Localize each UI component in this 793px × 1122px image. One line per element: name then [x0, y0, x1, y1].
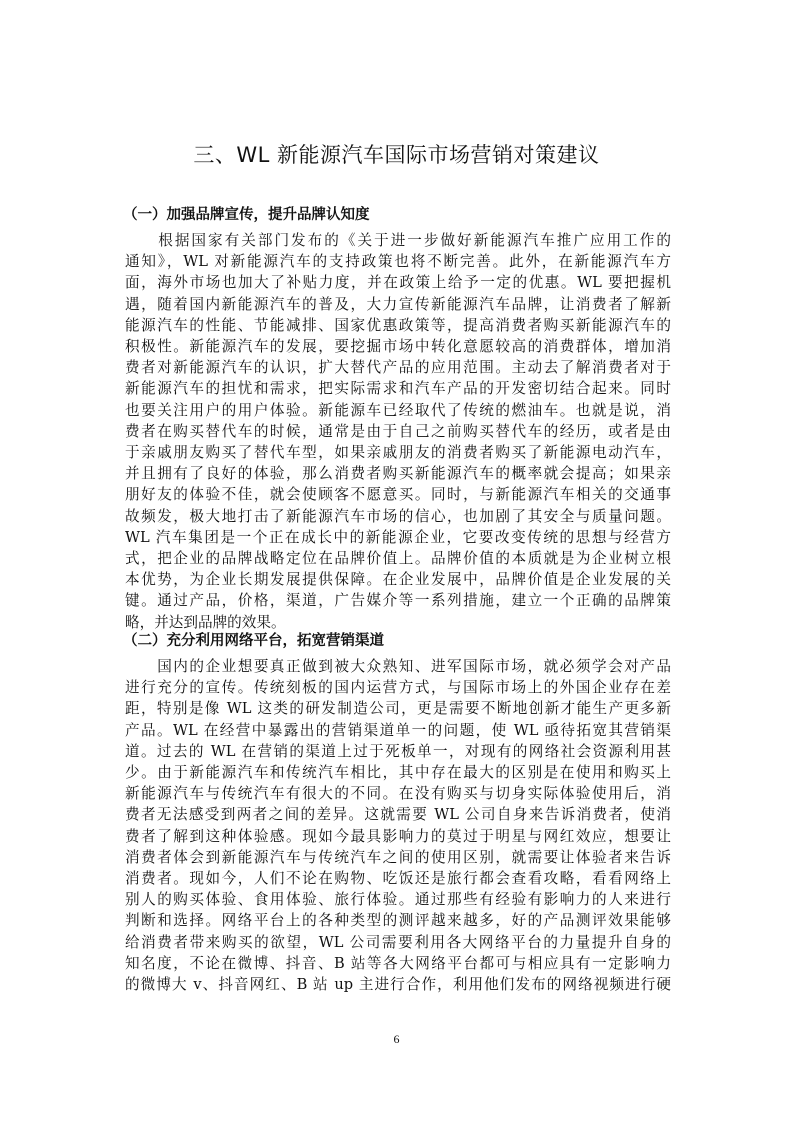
- text-line: 消费者体会到新能源汽车与传统汽车之间的使用区别，就需要让体验者来告诉: [125, 847, 671, 868]
- text-line: 产品。WL 在经营中暴露出的营销渠道单一的问题，使 WL 亟待拓宽其营销渠: [125, 720, 671, 741]
- text-line: 朋好友的体验不佳，就会使顾客不愿意买。同时，与新能源汽车相关的交通事: [125, 484, 671, 505]
- text-line: 通知》，WL 对新能源汽车的支持政策也将不断完善。此外，在新能源汽车方: [125, 251, 671, 272]
- text-line: 道。过去的 WL 在营销的渠道上过于死板单一，对现有的网络社会资源利用甚: [125, 741, 671, 762]
- text-line: 费者在购买替代车的时候，通常是由于自己之前购买替代车的经历，或者是由: [125, 421, 671, 442]
- text-line: 于亲戚朋友购买了替代车型，如果亲戚朋友的消费者购买了新能源电动汽车，: [125, 442, 671, 463]
- text-line: WL 汽车集团是一个正在成长中的新能源企业，它要改变传统的思想与经营方: [125, 527, 671, 548]
- text-line: 键。通过产品，价格，渠道，广告媒介等一系列措施，建立一个正确的品牌策: [125, 590, 671, 611]
- text-line: 新能源汽车与传统汽车有很大的不同。在没有购买与切身实际体验使用后，消: [125, 783, 671, 804]
- text-line: 积极性。新能源汽车的发展，要挖掘市场中转化意愿较高的消费群体，增加消: [125, 336, 671, 357]
- document-page: 三、WL 新能源汽车国际市场营销对策建议 （一）加强品牌宣传，提升品牌认知度 根…: [0, 0, 793, 1122]
- text-line: 的微博大 v、抖音网红、B 站 up 主进行合作，利用他们发布的网络视频进行硬: [125, 974, 671, 995]
- text-line: 少。由于新能源汽车和传统汽车相比，其中存在最大的区别是在使用和购买上: [125, 762, 671, 783]
- text-line: 判断和选择。网络平台上的各种类型的测评越来越多，好的产品测评效果能够: [125, 910, 671, 931]
- text-line: 给消费者带来购买的欲望，WL 公司需要利用各大网络平台的力量提升自身的: [125, 932, 671, 953]
- text-line: 故频发，极大地打击了新能源汽车市场的信心，也加剧了其安全与质量问题。: [125, 506, 671, 527]
- subsection-heading-2: （二）充分利用网络平台，拓宽营销渠道: [123, 631, 683, 651]
- subsection-heading-1: （一）加强品牌宣传，提升品牌认知度: [123, 205, 683, 225]
- paragraph-network-platforms: 国内的企业想要真正做到被大众熟知、进军国际市场，就必须学会对产品进行充分的宣传。…: [125, 656, 671, 995]
- page-number: 6: [0, 1032, 793, 1047]
- text-line: 进行充分的宣传。传统刻板的国内运营方式，与国际市场上的外国企业存在差: [125, 677, 671, 698]
- text-line: 遇，随着国内新能源汽车的普及，大力宣传新能源汽车品牌，让消费者了解新: [125, 294, 671, 315]
- text-line: 本优势，为企业长期发展提供保障。在企业发展中，品牌价值是企业发展的关: [125, 569, 671, 590]
- text-line: 能源汽车的性能、节能减排、国家优惠政策等，提高消费者购买新能源汽车的: [125, 315, 671, 336]
- text-line: 新能源汽车的担忧和需求，把实际需求和汽车产品的开发密切结合起来。同时: [125, 378, 671, 399]
- text-line: 式，把企业的品牌战略定位在品牌价值上。品牌价值的本质就是为企业树立根: [125, 548, 671, 569]
- text-line: 别人的购买体验、食用体验、旅行体验。通过那些有经验有影响力的人来进行: [125, 889, 671, 910]
- text-line: 费者了解到这种体验感。现如今最具影响力的莫过于明星与网红效应，想要让: [125, 826, 671, 847]
- text-line: 国内的企业想要真正做到被大众熟知、进军国际市场，就必须学会对产品: [125, 656, 671, 677]
- section-title: 三、WL 新能源汽车国际市场营销对策建议: [0, 140, 793, 170]
- text-line: 费者无法感受到两者之间的差异。这就需要 WL 公司自身来告诉消费者，使消: [125, 804, 671, 825]
- text-line: 也要关注用户的用户体验。新能源车已经取代了传统的燃油车。也就是说，消: [125, 400, 671, 421]
- text-line: 根据国家有关部门发布的《关于进一步做好新能源汽车推广应用工作的: [125, 230, 671, 251]
- text-line: 费者对新能源汽车的认识，扩大替代产品的应用范围。主动去了解消费者对于: [125, 357, 671, 378]
- text-line: 略，并达到品牌的效果。: [125, 612, 671, 633]
- text-line: 面，海外市场也加大了补贴力度，并在政策上给予一定的优惠。WL 要把握机: [125, 272, 671, 293]
- text-line: 距，特别是像 WL 这类的研发制造公司，更是需要不断地创新才能生产更多新: [125, 698, 671, 719]
- text-line: 知名度，不论在微博、抖音、B 站等各大网络平台都可与相应具有一定影响力: [125, 953, 671, 974]
- paragraph-brand-promotion: 根据国家有关部门发布的《关于进一步做好新能源汽车推广应用工作的通知》，WL 对新…: [125, 230, 671, 633]
- text-line: 消费者。现如今，人们不论在购物、吃饭还是旅行都会查看攻略，看看网络上: [125, 868, 671, 889]
- text-line: 并且拥有了良好的体验，那么消费者购买新能源汽车的概率就会提高；如果亲: [125, 463, 671, 484]
